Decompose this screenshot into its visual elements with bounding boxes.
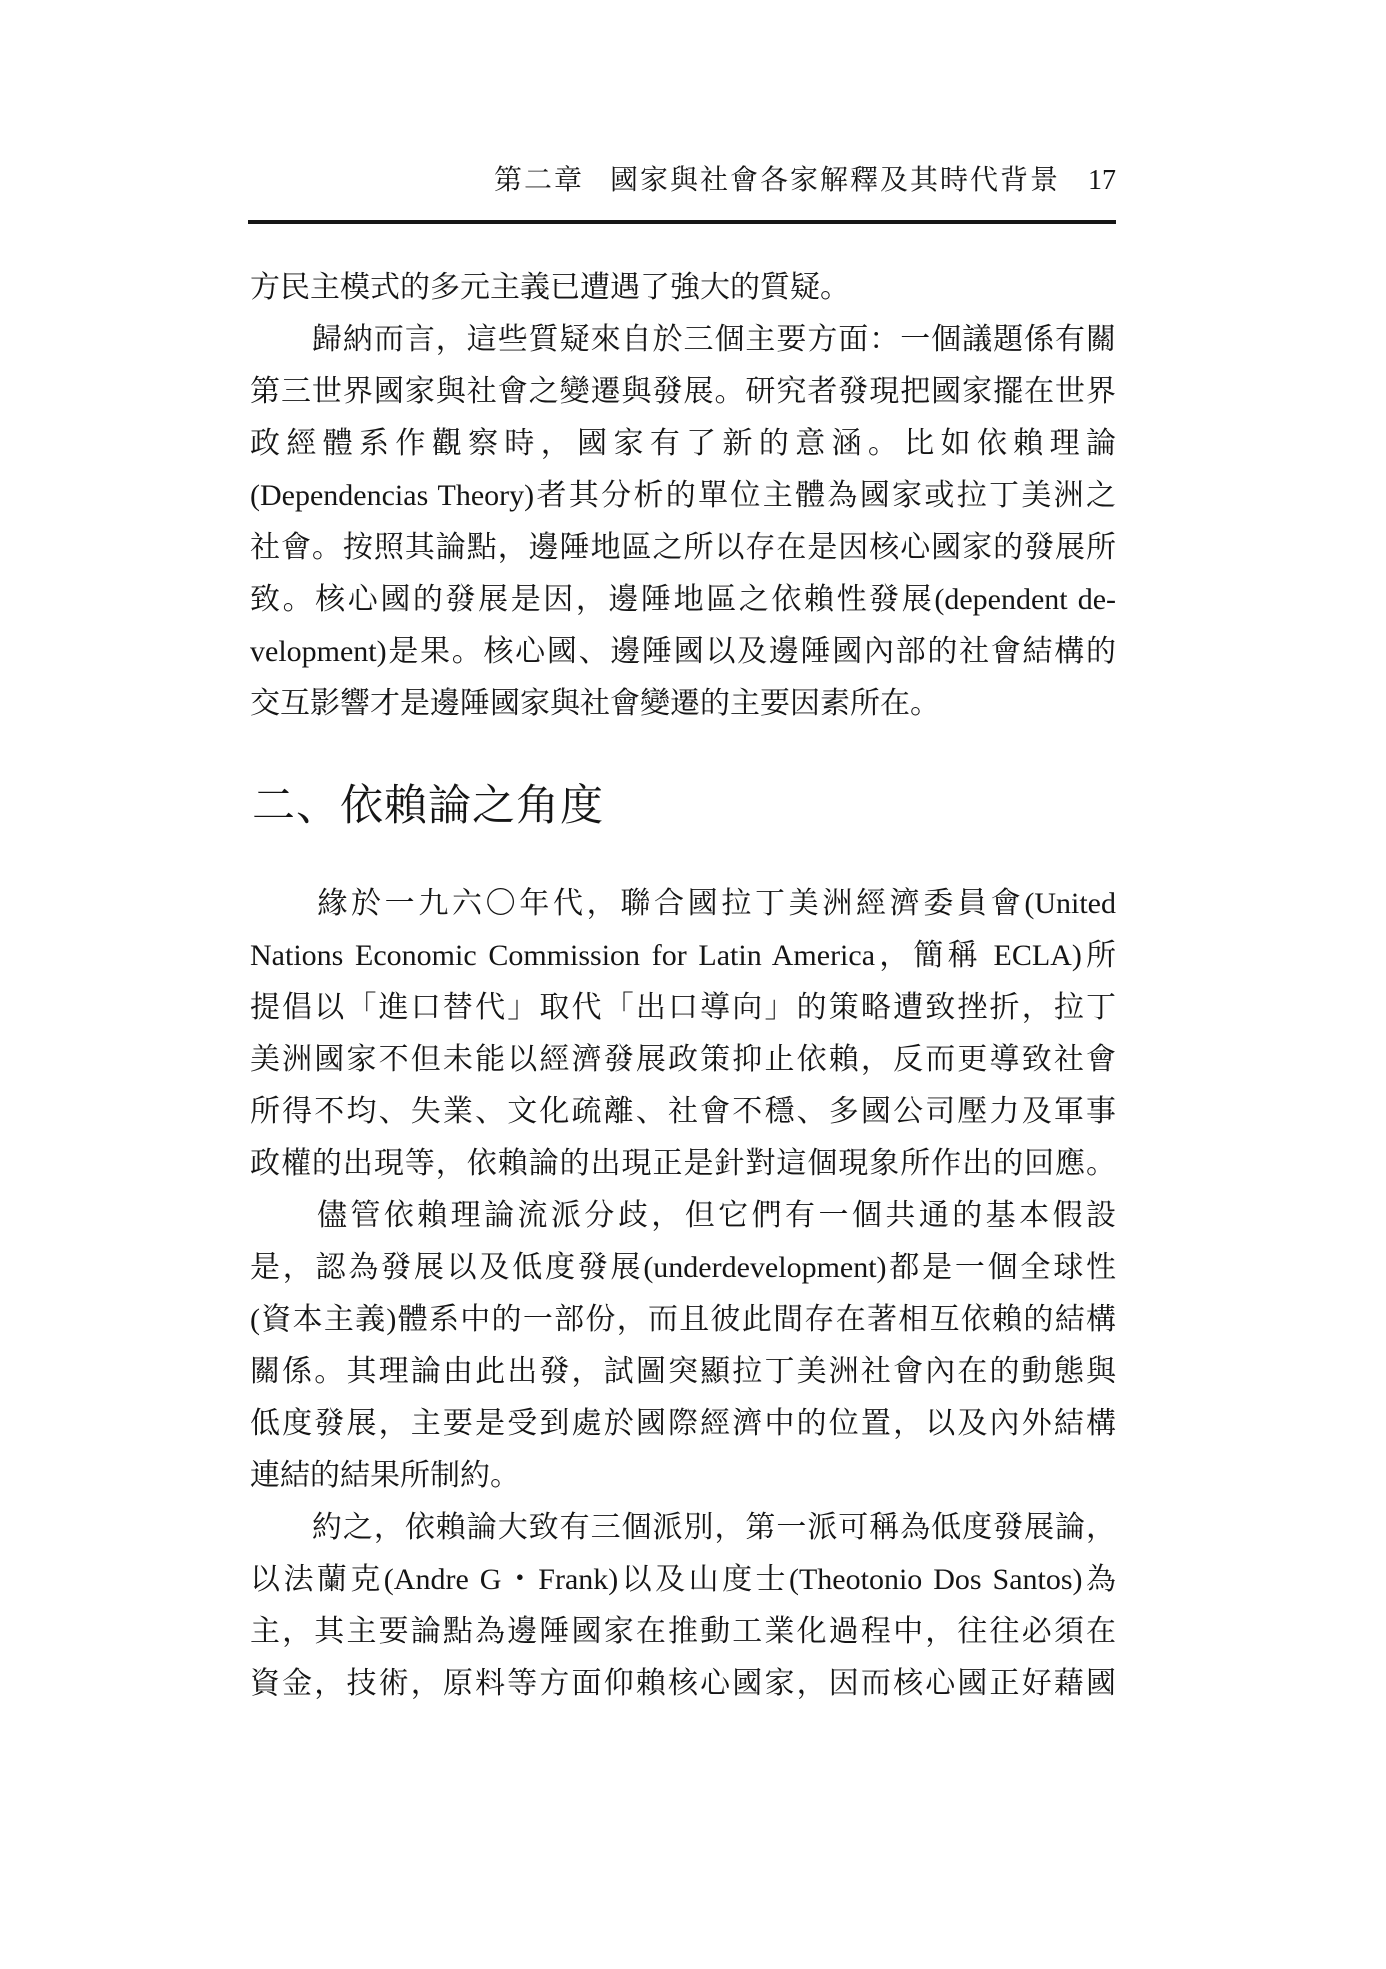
header-rule	[248, 220, 1116, 224]
chapter-label: 第二章	[494, 165, 584, 196]
text-line: 提倡以「進口替代」取代「出口導向」的策略遭致挫折，拉丁	[250, 982, 1116, 1034]
text-line: 是，認為發展以及低度發展(underdevelopment)都是一個全球性	[250, 1242, 1116, 1294]
section-heading: 二、依賴論之角度	[252, 772, 604, 833]
paragraph-block-2: 緣於一九六〇年代，聯合國拉丁美洲經濟委員會(United Nations Eco…	[250, 878, 1116, 1710]
text-line: 資金，技術，原料等方面仰賴核心國家，因而核心國正好藉國	[250, 1658, 1116, 1710]
text-line: 政經體系作觀察時，國家有了新的意涵。比如依賴理論	[250, 418, 1116, 470]
running-head: 第二章國家與社會各家解釋及其時代背景17	[250, 163, 1116, 199]
page-number: 17	[1088, 165, 1116, 196]
text-line: Nations Economic Commission for Latin Am…	[250, 930, 1116, 982]
text-line: 連結的結果所制約。	[250, 1450, 1116, 1502]
text-line: 緣於一九六〇年代，聯合國拉丁美洲經濟委員會(United	[250, 878, 1116, 930]
text-line: 政權的出現等，依賴論的出現正是針對這個現象所作出的回應。	[250, 1138, 1116, 1190]
text-line: 低度發展，主要是受到處於國際經濟中的位置，以及內外結構	[250, 1398, 1116, 1450]
text-line: (資本主義)體系中的一部份，而且彼此間存在著相互依賴的結構	[250, 1294, 1116, 1346]
text-line: 致。核心國的發展是因，邊陲地區之依賴性發展(dependent de-	[250, 574, 1116, 626]
text-line: 交互影響才是邊陲國家與社會變遷的主要因素所在。	[250, 678, 1116, 730]
text-line: 方民主模式的多元主義已遭遇了強大的質疑。	[250, 262, 1116, 314]
paragraph-block-1: 方民主模式的多元主義已遭遇了強大的質疑。 歸納而言，這些質疑來自於三個主要方面：…	[250, 262, 1116, 730]
text-line: (Dependencias Theory)者其分析的單位主體為國家或拉丁美洲之	[250, 470, 1116, 522]
text-line: 美洲國家不但未能以經濟發展政策抑止依賴，反而更導致社會	[250, 1034, 1116, 1086]
text-line: 歸納而言，這些質疑來自於三個主要方面：一個議題係有關	[250, 314, 1116, 366]
text-line: 所得不均、失業、文化疏離、社會不穩、多國公司壓力及軍事	[250, 1086, 1116, 1138]
book-page: 第二章國家與社會各家解釋及其時代背景17 方民主模式的多元主義已遭遇了強大的質疑…	[0, 0, 1386, 1969]
text-line: 第三世界國家與社會之變遷與發展。研究者發現把國家擺在世界	[250, 366, 1116, 418]
text-line: 社會。按照其論點，邊陲地區之所以存在是因核心國家的發展所	[250, 522, 1116, 574]
text-line: velopment)是果。核心國、邊陲國以及邊陲國內部的社會結構的	[250, 626, 1116, 678]
text-line: 以法蘭克(Andre G・Frank)以及山度士(Theotonio Dos S…	[250, 1554, 1116, 1606]
text-line: 關係。其理論由此出發，試圖突顯拉丁美洲社會內在的動態與	[250, 1346, 1116, 1398]
chapter-title: 國家與社會各家解釋及其時代背景	[610, 165, 1060, 196]
text-line: 主，其主要論點為邊陲國家在推動工業化過程中，往往必須在	[250, 1606, 1116, 1658]
text-line: 儘管依賴理論流派分歧，但它們有一個共通的基本假設	[250, 1190, 1116, 1242]
text-line: 約之，依賴論大致有三個派別，第一派可稱為低度發展論，	[250, 1502, 1116, 1554]
